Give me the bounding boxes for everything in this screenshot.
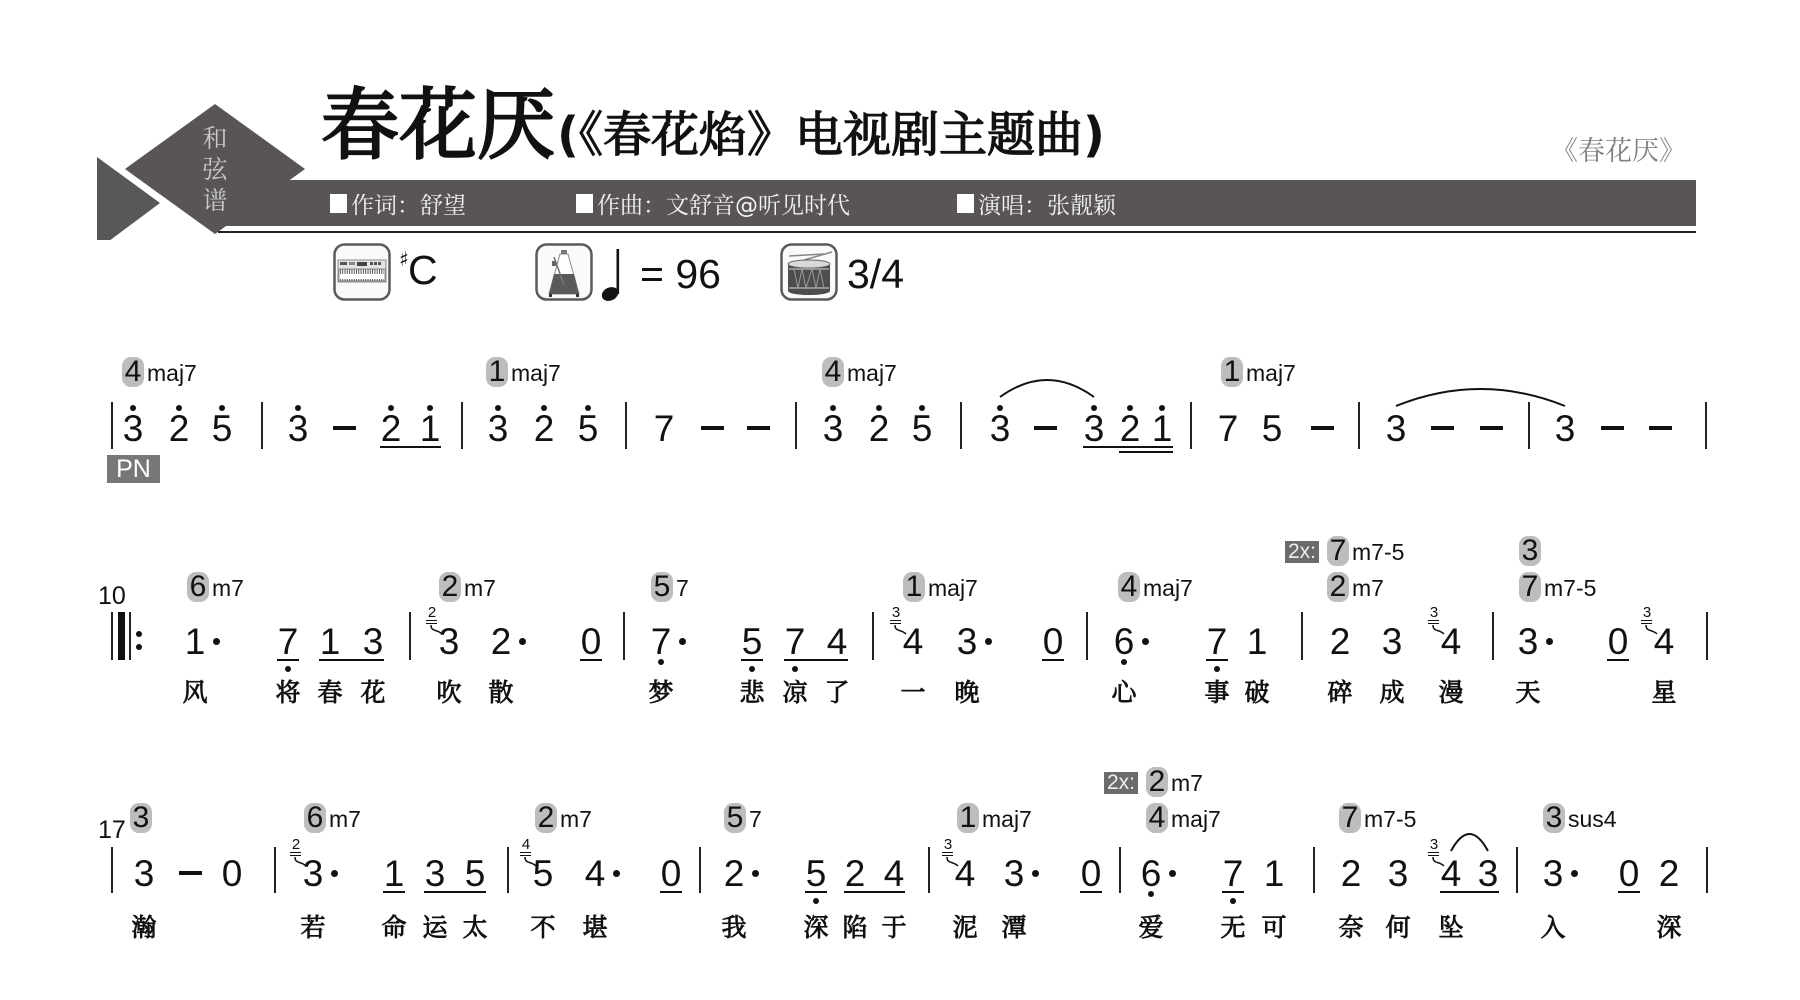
lyric-syllable: 深 — [1647, 913, 1691, 943]
chord-root-badge: 6 — [187, 572, 209, 602]
chord-quality: m7 — [1171, 772, 1203, 795]
jianpu-note: 5 — [1252, 410, 1292, 447]
jianpu-note: 1 — [410, 410, 450, 447]
chord-root-badge: 3 — [1543, 803, 1565, 833]
jianpu-note: 2 — [481, 623, 521, 660]
bar-line — [461, 402, 463, 449]
octave-dot-high — [919, 405, 925, 411]
sustain-dash — [1431, 426, 1454, 430]
jianpu-note: 6 — [1131, 855, 1171, 892]
chord-quality: maj7 — [1246, 362, 1296, 385]
rest-note: 0 — [571, 623, 611, 660]
lyric-syllable: 于 — [872, 913, 916, 943]
octave-dot-low — [749, 666, 755, 672]
grace-line — [890, 620, 901, 621]
augmentation-dot — [1142, 638, 1149, 645]
octave-dot-high — [876, 405, 882, 411]
jianpu-note: 3 — [113, 410, 153, 447]
slur-arc — [1451, 834, 1488, 851]
chord-quality: m7 — [560, 808, 592, 831]
credit-lyricist: 作词： 舒望 — [330, 189, 466, 217]
chord-root-badge: 4 — [822, 357, 844, 387]
jianpu-note: 3 — [124, 855, 164, 892]
chord-symbol: 57 — [724, 803, 762, 833]
credit-label: 演唱： — [978, 187, 1047, 220]
score-sheet-page: 和 弦 谱 春花厌 (《春花焰》电视剧主题曲) 《春花厌》 作词： 舒望 作曲：… — [0, 0, 1800, 1000]
jianpu-note: 3 — [1545, 410, 1585, 447]
rest-note: 0 — [1071, 855, 1111, 892]
chord-quality: m7 — [212, 577, 244, 600]
lyric-syllable: 命 — [372, 913, 416, 943]
jianpu-note: 2 — [714, 855, 754, 892]
jianpu-note: 5 — [796, 855, 836, 892]
chord-root-badge: 1 — [957, 803, 979, 833]
augmentation-dot — [1169, 870, 1176, 877]
jianpu-note: 3 — [1074, 410, 1114, 447]
bar-line — [1313, 847, 1315, 893]
repeat-pass-badge: 2x: — [1285, 541, 1319, 563]
underline-beam — [277, 659, 299, 661]
chord-root-badge: 1 — [486, 357, 508, 387]
bar-line — [111, 847, 113, 893]
chord-symbol: 57 — [651, 572, 689, 602]
octave-dot-low — [1148, 891, 1154, 897]
chord-root-badge: 1 — [1221, 357, 1243, 387]
lyric-syllable: 太 — [453, 913, 497, 943]
credit-composer: 作曲： 文舒音@听见时代 — [576, 189, 850, 217]
jianpu-note: 7 — [268, 623, 308, 660]
chord-symbol: 1maj7 — [1221, 357, 1296, 387]
lyric-syllable: 不 — [521, 913, 565, 943]
grace-line — [942, 855, 953, 856]
chord-symbol: 7m7-5 — [1339, 803, 1416, 833]
lyric-syllable: 梦 — [639, 678, 683, 708]
octave-dot-high — [219, 405, 225, 411]
lyric-syllable: 破 — [1235, 678, 1279, 708]
sustain-dash — [701, 426, 724, 430]
rest-note: 0 — [1609, 855, 1649, 892]
bar-line — [409, 612, 411, 660]
song-subtitle: (《春花焰》电视剧主题曲) — [557, 109, 1105, 161]
repeat-start-thin-line — [111, 612, 113, 660]
underline-beam — [1618, 891, 1640, 893]
grace-line — [890, 623, 901, 624]
lyric-syllable: 吹 — [427, 678, 471, 708]
bar-line — [1301, 612, 1303, 660]
lyric-syllable: 散 — [479, 678, 523, 708]
jianpu-note: 7 — [1197, 623, 1237, 660]
underline-beam — [660, 891, 682, 893]
chord-root-badge: 4 — [122, 357, 144, 387]
chord-symbol: 1maj7 — [903, 572, 978, 602]
lyric-syllable: 瀚 — [122, 913, 166, 943]
augmentation-dot — [613, 870, 620, 877]
octave-dot-low — [658, 659, 664, 665]
repeat-start-thick-line — [118, 612, 125, 660]
jianpu-note: 4 — [874, 855, 914, 892]
lyric-syllable: 我 — [712, 913, 756, 943]
jianpu-note: 4 — [1431, 855, 1471, 892]
section-tag-badge: PN — [107, 455, 160, 483]
bar-line — [625, 402, 627, 449]
grace-line — [1641, 620, 1652, 621]
octave-dot-high — [1091, 405, 1097, 411]
octave-dot-low — [1230, 898, 1236, 904]
bullet-square-icon — [576, 194, 593, 213]
jianpu-note: 2 — [835, 855, 875, 892]
sustain-dash — [1601, 426, 1624, 430]
chord-quality: m7-5 — [1364, 808, 1416, 831]
grace-line — [520, 855, 531, 856]
jianpu-note: 4 — [893, 623, 933, 660]
jianpu-note: 2 — [1649, 855, 1689, 892]
chord-quality: m7-5 — [1352, 541, 1404, 564]
chord-symbol: 3 — [130, 803, 152, 833]
alt-chord-symbol: 2x:7m7-5 — [1327, 536, 1404, 566]
jianpu-note: 7 — [1208, 410, 1248, 447]
chord-root-badge: 6 — [304, 803, 326, 833]
bar-line — [699, 847, 701, 893]
lyric-syllable: 入 — [1531, 913, 1575, 943]
chord-quality: maj7 — [1143, 577, 1193, 600]
repeat-dot — [136, 631, 142, 637]
augmentation-dot — [679, 638, 686, 645]
jianpu-note: 5 — [523, 855, 563, 892]
augmentation-dot — [1546, 638, 1553, 645]
jianpu-note: 3 — [1468, 855, 1508, 892]
octave-dot-high — [427, 405, 433, 411]
credit-value: 舒望 — [420, 187, 466, 220]
underline-beam — [741, 659, 763, 661]
jianpu-note: 3 — [293, 855, 333, 892]
underline-beam — [1206, 659, 1228, 661]
jianpu-note: 4 — [575, 855, 615, 892]
jianpu-note: 1 — [1142, 410, 1182, 447]
bar-line — [507, 847, 509, 893]
octave-dot-low — [1214, 666, 1220, 672]
jianpu-note: 1 — [1237, 623, 1277, 660]
credit-label: 作曲： — [597, 187, 666, 220]
double-underline-beam — [1119, 451, 1173, 453]
underline-beam — [1222, 891, 1244, 893]
slur-arc — [1396, 389, 1565, 406]
chord-symbol: 7m7-5 — [1519, 572, 1596, 602]
rest-note: 0 — [1598, 623, 1638, 660]
key-signature: C — [408, 249, 438, 291]
bar-line — [1119, 847, 1121, 893]
jianpu-note: 6 — [1104, 623, 1144, 660]
underline-beam — [1042, 659, 1064, 661]
logo-char: 和 — [199, 125, 231, 153]
rest-note: 0 — [212, 855, 252, 892]
lyric-syllable: 事 — [1195, 678, 1239, 708]
lyric-syllable: 爱 — [1129, 913, 1173, 943]
chord-root-badge: 5 — [724, 803, 746, 833]
bar-line — [1706, 612, 1708, 660]
octave-dot-high — [830, 405, 836, 411]
grace-line — [1428, 620, 1439, 621]
octave-dot-low — [1121, 659, 1127, 665]
jianpu-note: 3 — [1378, 855, 1418, 892]
lyric-syllable: 了 — [815, 678, 859, 708]
credit-label: 作词： — [351, 187, 420, 220]
header-rule — [218, 231, 1696, 233]
jianpu-note: 3 — [947, 623, 987, 660]
lyric-syllable: 泥 — [943, 913, 987, 943]
chord-symbol: 2m7 — [1327, 572, 1384, 602]
chord-symbol: 2m7 — [535, 803, 592, 833]
octave-dot-high — [176, 405, 182, 411]
underline-beam — [1440, 891, 1499, 893]
chord-quality: 7 — [749, 808, 762, 831]
augmentation-dot — [331, 870, 338, 877]
bar-line — [795, 402, 797, 449]
time-signature: 3/4 — [847, 253, 904, 295]
chord-root-badge: 3 — [1519, 536, 1541, 566]
bar-line — [872, 612, 874, 660]
jianpu-note: 3 — [353, 623, 393, 660]
lyric-syllable: 一 — [891, 678, 935, 708]
bar-line — [274, 847, 276, 893]
underline-beam — [844, 891, 905, 893]
bullet-square-icon — [957, 194, 974, 213]
keyboard-icon — [333, 243, 391, 301]
grace-line — [942, 852, 953, 853]
bar-line — [623, 612, 625, 660]
grace-line — [290, 855, 301, 856]
underline-beam — [784, 659, 848, 661]
augmentation-dot — [985, 638, 992, 645]
bar-line — [1706, 847, 1708, 893]
jianpu-note: 3 — [813, 410, 853, 447]
chord-root-badge: 7 — [1519, 572, 1541, 602]
chord-root-badge: 2 — [439, 572, 461, 602]
grace-line — [426, 620, 437, 621]
tempo-value: = 96 — [640, 253, 721, 295]
repeat-start-thin-line — [129, 612, 131, 660]
grace-line — [1641, 623, 1652, 624]
jianpu-note: 5 — [732, 623, 772, 660]
lyric-syllable: 运 — [413, 913, 457, 943]
rest-note: 0 — [1033, 623, 1073, 660]
jianpu-note: 2 — [1320, 623, 1360, 660]
underline-beam — [580, 659, 602, 661]
jianpu-note: 7 — [644, 410, 684, 447]
chord-symbol: 4maj7 — [1118, 572, 1193, 602]
jianpu-note: 3 — [980, 410, 1020, 447]
octave-dot-high — [1159, 405, 1165, 411]
lyric-syllable: 风 — [173, 678, 217, 708]
jianpu-note: 3 — [278, 410, 318, 447]
underline-beam — [1607, 659, 1629, 661]
octave-dot-high — [495, 405, 501, 411]
grace-note: 3 — [889, 605, 903, 620]
repeat-dot — [136, 644, 142, 650]
chord-root-badge: 2 — [1327, 572, 1349, 602]
chord-symbol: 3sus4 — [1543, 803, 1617, 833]
jianpu-note: 3 — [415, 855, 455, 892]
lyric-syllable: 坠 — [1429, 913, 1473, 943]
chord-root-badge: 2 — [1146, 767, 1168, 797]
quarter-note-icon — [601, 247, 623, 303]
bullet-square-icon — [330, 194, 347, 213]
chord-root-badge: 4 — [1146, 803, 1168, 833]
octave-dot-high — [1127, 405, 1133, 411]
sustain-dash — [747, 426, 770, 430]
metronome-icon — [535, 243, 593, 301]
chord-symbol: 6m7 — [304, 803, 361, 833]
chord-symbol: 2m7 — [439, 572, 496, 602]
rest-note: 0 — [651, 855, 691, 892]
grace-note: 3 — [1427, 605, 1441, 620]
octave-dot-high — [295, 405, 301, 411]
lyric-syllable: 悲 — [730, 678, 774, 708]
lyric-syllable: 心 — [1102, 678, 1146, 708]
slur-arc — [1000, 380, 1094, 397]
underline-beam — [380, 446, 441, 448]
lyric-syllable: 堪 — [573, 913, 617, 943]
jianpu-note: 4 — [1431, 623, 1471, 660]
grace-line — [1428, 623, 1439, 624]
credit-value: 文舒音@听见时代 — [666, 187, 850, 220]
chord-root-badge: 7 — [1339, 803, 1361, 833]
chord-quality: m7 — [1352, 577, 1384, 600]
jianpu-note: 3 — [1376, 410, 1416, 447]
credit-value: 张靓颖 — [1047, 187, 1116, 220]
lyric-syllable: 陷 — [833, 913, 877, 943]
augmentation-dot — [1571, 870, 1578, 877]
augmentation-dot — [519, 638, 526, 645]
sustain-dash — [1034, 426, 1057, 430]
bar-line — [1528, 402, 1530, 449]
jianpu-note: 5 — [202, 410, 242, 447]
bar-line — [1190, 402, 1192, 449]
alt-chord-symbol: 3 — [1519, 536, 1541, 566]
augmentation-dot — [213, 638, 220, 645]
jianpu-note: 5 — [902, 410, 942, 447]
lyric-syllable: 漫 — [1429, 678, 1473, 708]
lyric-syllable: 星 — [1642, 678, 1686, 708]
chord-root-badge: 3 — [130, 803, 152, 833]
lyric-syllable: 奈 — [1329, 913, 1373, 943]
lyric-syllable: 潭 — [992, 913, 1036, 943]
jianpu-note: 7 — [641, 623, 681, 660]
octave-dot-low — [285, 666, 291, 672]
song-title: 春花厌 — [321, 86, 555, 166]
lyric-syllable: 天 — [1506, 678, 1550, 708]
lyric-syllable: 晚 — [945, 678, 989, 708]
jianpu-note: 2 — [371, 410, 411, 447]
underline-beam — [383, 891, 405, 893]
octave-dot-high — [541, 405, 547, 411]
jianpu-note: 1 — [374, 855, 414, 892]
grace-note: 3 — [1427, 837, 1441, 852]
bar-line — [1705, 402, 1707, 449]
lyric-syllable: 凉 — [773, 678, 817, 708]
lyric-syllable: 花 — [351, 678, 395, 708]
chord-quality: maj7 — [511, 362, 561, 385]
octave-dot-high — [388, 405, 394, 411]
bar-line — [928, 847, 930, 893]
octave-dot-high — [997, 405, 1003, 411]
underline-beam — [424, 891, 486, 893]
lyric-syllable: 何 — [1376, 913, 1420, 943]
underline-beam — [319, 659, 384, 661]
chord-quality: m7 — [329, 808, 361, 831]
sustain-dash — [1311, 426, 1334, 430]
jianpu-note: 3 — [1533, 855, 1573, 892]
jianpu-note: 1 — [175, 623, 215, 660]
lyric-syllable: 碎 — [1318, 678, 1362, 708]
chord-symbol: 6m7 — [187, 572, 244, 602]
grace-line — [1428, 855, 1439, 856]
bar-line — [1516, 847, 1518, 893]
logo-char: 谱 — [199, 187, 231, 215]
lyric-syllable: 将 — [266, 678, 310, 708]
chord-quality: 7 — [676, 577, 689, 600]
augmentation-dot — [1032, 870, 1039, 877]
chord-quality: maj7 — [928, 577, 978, 600]
jianpu-note: 3 — [1372, 623, 1412, 660]
chord-root-badge: 2 — [535, 803, 557, 833]
grace-note: 3 — [1640, 605, 1654, 620]
jianpu-note: 3 — [429, 623, 469, 660]
bar-line — [1358, 402, 1360, 449]
bar-line — [1086, 612, 1088, 660]
chord-quality: maj7 — [982, 808, 1032, 831]
logo-char: 弦 — [199, 156, 231, 184]
octave-dot-low — [792, 666, 798, 672]
octave-dot-low — [813, 898, 819, 904]
octave-dot-high — [130, 405, 136, 411]
repeat-pass-badge: 2x: — [1104, 772, 1138, 794]
side-title: 《春花厌》 — [1551, 137, 1686, 167]
jianpu-note: 3 — [1508, 623, 1548, 660]
sustain-dash — [1480, 426, 1503, 430]
chord-symbol: 1maj7 — [957, 803, 1032, 833]
lyric-syllable: 无 — [1211, 913, 1255, 943]
measure-number: 17 — [98, 818, 126, 843]
chord-root-badge: 7 — [1327, 536, 1349, 566]
chord-symbol: 4maj7 — [1146, 803, 1221, 833]
credit-singer: 演唱： 张靓颖 — [957, 189, 1116, 217]
lyric-syllable: 深 — [794, 913, 838, 943]
lyric-syllable: 春 — [308, 678, 352, 708]
jianpu-note: 4 — [1644, 623, 1684, 660]
jianpu-note: 4 — [945, 855, 985, 892]
grace-line — [426, 623, 437, 624]
chord-symbol: 4maj7 — [822, 357, 897, 387]
chord-root-badge: 1 — [903, 572, 925, 602]
lyric-syllable: 若 — [291, 913, 335, 943]
chord-root-badge: 5 — [651, 572, 673, 602]
underline-beam — [1083, 446, 1173, 448]
sustain-dash — [333, 426, 356, 430]
grace-line — [1428, 852, 1439, 853]
chord-quality: m7-5 — [1544, 577, 1596, 600]
chord-symbol: 1maj7 — [486, 357, 561, 387]
jianpu-note: 3 — [994, 855, 1034, 892]
chord-quality: m7 — [464, 577, 496, 600]
grace-note: 4 — [519, 837, 533, 852]
drum-icon — [780, 243, 838, 301]
jianpu-note: 2 — [859, 410, 899, 447]
octave-dot-high — [585, 405, 591, 411]
jianpu-note: 1 — [310, 623, 350, 660]
grace-note: 2 — [425, 605, 439, 620]
jianpu-note: 1 — [1254, 855, 1294, 892]
jianpu-note: 2 — [524, 410, 564, 447]
